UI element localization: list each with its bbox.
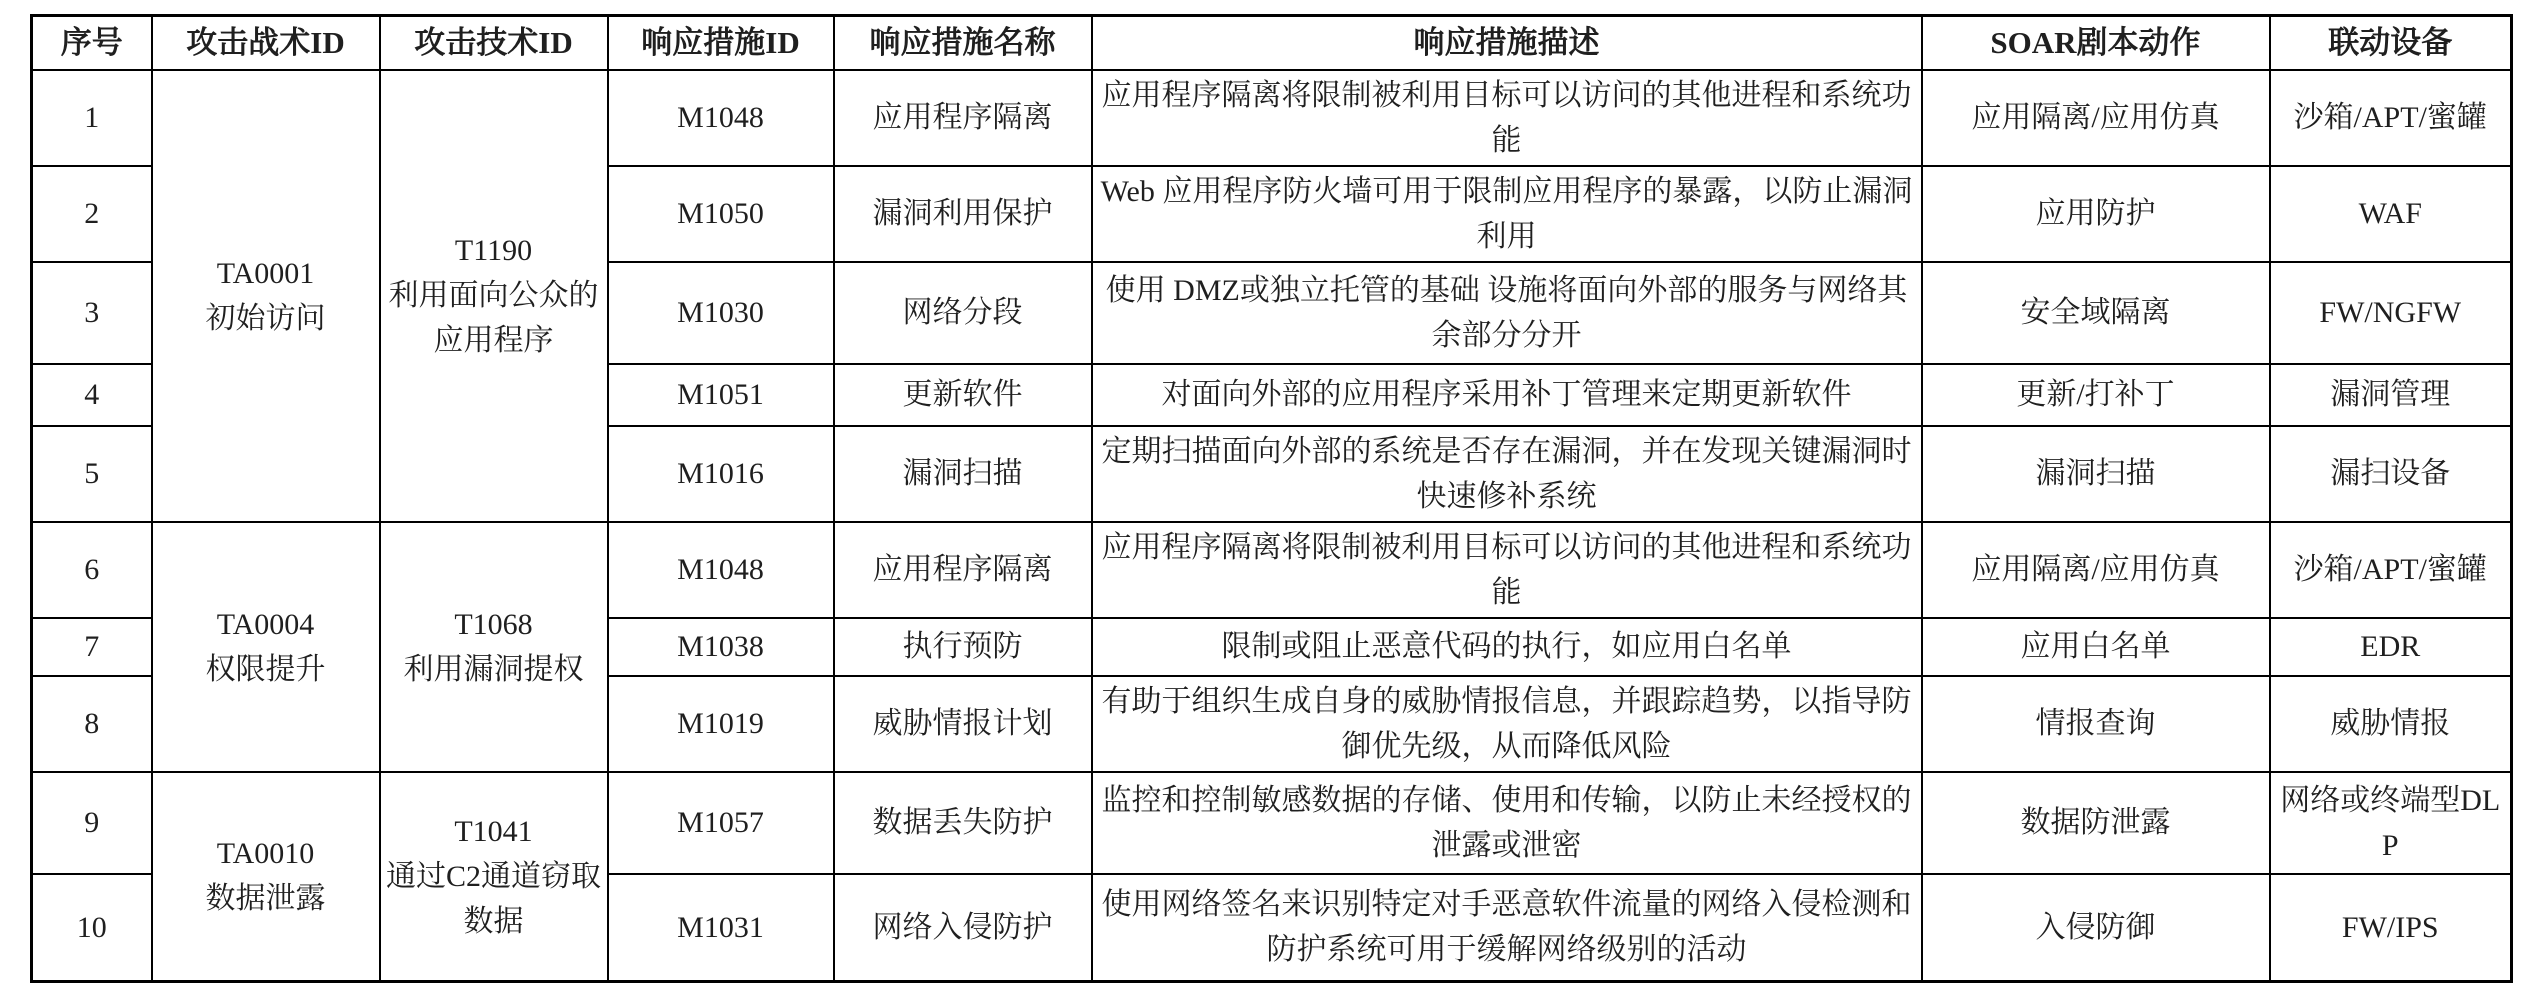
- linked-device-cell: EDR: [2270, 618, 2512, 676]
- seq-cell: 10: [32, 874, 152, 982]
- header-measure-description: 响应措施描述: [1092, 16, 1922, 70]
- seq-cell: 6: [32, 522, 152, 618]
- linked-device-cell: 沙箱/APT/蜜罐: [2270, 70, 2512, 166]
- measure-id-cell: M1031: [608, 874, 834, 982]
- measure-id-cell: M1050: [608, 166, 834, 262]
- linked-device-cell: 漏扫设备: [2270, 426, 2512, 522]
- measure-id-cell: M1019: [608, 676, 834, 772]
- linked-device-cell: FW/NGFW: [2270, 262, 2512, 364]
- header-attack-tactic-id: 攻击战术ID: [152, 16, 380, 70]
- linked-device-cell: 网络或终端型DLP: [2270, 772, 2512, 874]
- header-linked-device: 联动设备: [2270, 16, 2512, 70]
- seq-cell: 3: [32, 262, 152, 364]
- tactic-id: TA0004: [157, 602, 375, 647]
- measure-id-cell: M1048: [608, 70, 834, 166]
- description-cell: Web 应用程序防火墙可用于限制应用程序的暴露，以防止漏洞利用: [1092, 166, 1922, 262]
- linked-device-cell: 漏洞管理: [2270, 364, 2512, 426]
- measure-name-cell: 更新软件: [834, 364, 1092, 426]
- soar-action-cell: 入侵防御: [1922, 874, 2270, 982]
- technique-name: 利用面向公众的应用程序: [385, 273, 603, 363]
- seq-cell: 9: [32, 772, 152, 874]
- measure-name-cell: 执行预防: [834, 618, 1092, 676]
- measure-name-cell: 漏洞利用保护: [834, 166, 1092, 262]
- table-row: 6 TA0004 权限提升 T1068 利用漏洞提权 M1048 应用程序隔离 …: [32, 522, 2512, 618]
- description-cell: 监控和控制敏感数据的存储、使用和传输，以防止未经授权的泄露或泄密: [1092, 772, 1922, 874]
- measure-id-cell: M1038: [608, 618, 834, 676]
- technique-cell: T1041 通过C2通道窃取数据: [380, 772, 608, 982]
- technique-name: 利用漏洞提权: [385, 647, 603, 692]
- tactic-id: TA0001: [157, 251, 375, 296]
- seq-cell: 5: [32, 426, 152, 522]
- page: 序号 攻击战术ID 攻击技术ID 响应措施ID 响应措施名称 响应措施描述 SO…: [0, 0, 2540, 992]
- header-measure-id: 响应措施ID: [608, 16, 834, 70]
- soar-action-cell: 漏洞扫描: [1922, 426, 2270, 522]
- soar-action-cell: 更新/打补丁: [1922, 364, 2270, 426]
- description-cell: 应用程序隔离将限制被利用目标可以访问的其他进程和系统功能: [1092, 70, 1922, 166]
- response-measures-table: 序号 攻击战术ID 攻击技术ID 响应措施ID 响应措施名称 响应措施描述 SO…: [30, 14, 2513, 983]
- technique-id: T1041: [385, 809, 603, 854]
- tactic-name: 初始访问: [157, 296, 375, 341]
- header-soar-action: SOAR剧本动作: [1922, 16, 2270, 70]
- table-row: 9 TA0010 数据泄露 T1041 通过C2通道窃取数据 M1057 数据丢…: [32, 772, 2512, 874]
- description-cell: 应用程序隔离将限制被利用目标可以访问的其他进程和系统功能: [1092, 522, 1922, 618]
- tactic-id: TA0010: [157, 831, 375, 876]
- measure-id-cell: M1048: [608, 522, 834, 618]
- tactic-cell: TA0010 数据泄露: [152, 772, 380, 982]
- description-cell: 限制或阻止恶意代码的执行，如应用白名单: [1092, 618, 1922, 676]
- linked-device-cell: 威胁情报: [2270, 676, 2512, 772]
- linked-device-cell: WAF: [2270, 166, 2512, 262]
- seq-cell: 4: [32, 364, 152, 426]
- soar-action-cell: 应用隔离/应用仿真: [1922, 522, 2270, 618]
- technique-cell: T1068 利用漏洞提权: [380, 522, 608, 772]
- measure-id-cell: M1057: [608, 772, 834, 874]
- soar-action-cell: 应用防护: [1922, 166, 2270, 262]
- header-attack-technique-id: 攻击技术ID: [380, 16, 608, 70]
- description-cell: 有助于组织生成自身的威胁情报信息，并跟踪趋势，以指导防御优先级，从而降低风险: [1092, 676, 1922, 772]
- tactic-cell: TA0004 权限提升: [152, 522, 380, 772]
- seq-cell: 8: [32, 676, 152, 772]
- description-cell: 使用 DMZ或独立托管的基础 设施将面向外部的服务与网络其余部分分开: [1092, 262, 1922, 364]
- description-cell: 对面向外部的应用程序采用补丁管理来定期更新软件: [1092, 364, 1922, 426]
- description-cell: 使用网络签名来识别特定对手恶意软件流量的网络入侵检测和防护系统可用于缓解网络级别…: [1092, 874, 1922, 982]
- measure-name-cell: 网络分段: [834, 262, 1092, 364]
- table-row: 1 TA0001 初始访问 T1190 利用面向公众的应用程序 M1048 应用…: [32, 70, 2512, 166]
- header-row: 序号 攻击战术ID 攻击技术ID 响应措施ID 响应措施名称 响应措施描述 SO…: [32, 16, 2512, 70]
- tactic-name: 权限提升: [157, 647, 375, 692]
- header-seq: 序号: [32, 16, 152, 70]
- measure-id-cell: M1016: [608, 426, 834, 522]
- technique-id: T1190: [385, 228, 603, 273]
- measure-name-cell: 数据丢失防护: [834, 772, 1092, 874]
- measure-name-cell: 网络入侵防护: [834, 874, 1092, 982]
- measure-id-cell: M1051: [608, 364, 834, 426]
- tactic-cell: TA0001 初始访问: [152, 70, 380, 522]
- soar-action-cell: 数据防泄露: [1922, 772, 2270, 874]
- seq-cell: 2: [32, 166, 152, 262]
- linked-device-cell: 沙箱/APT/蜜罐: [2270, 522, 2512, 618]
- seq-cell: 1: [32, 70, 152, 166]
- header-measure-name: 响应措施名称: [834, 16, 1092, 70]
- measure-id-cell: M1030: [608, 262, 834, 364]
- technique-name: 通过C2通道窃取数据: [385, 854, 603, 944]
- soar-action-cell: 应用隔离/应用仿真: [1922, 70, 2270, 166]
- tactic-name: 数据泄露: [157, 876, 375, 921]
- measure-name-cell: 漏洞扫描: [834, 426, 1092, 522]
- technique-id: T1068: [385, 602, 603, 647]
- measure-name-cell: 威胁情报计划: [834, 676, 1092, 772]
- soar-action-cell: 情报查询: [1922, 676, 2270, 772]
- soar-action-cell: 应用白名单: [1922, 618, 2270, 676]
- description-cell: 定期扫描面向外部的系统是否存在漏洞，并在发现关键漏洞时快速修补系统: [1092, 426, 1922, 522]
- soar-action-cell: 安全域隔离: [1922, 262, 2270, 364]
- measure-name-cell: 应用程序隔离: [834, 70, 1092, 166]
- seq-cell: 7: [32, 618, 152, 676]
- technique-cell: T1190 利用面向公众的应用程序: [380, 70, 608, 522]
- linked-device-cell: FW/IPS: [2270, 874, 2512, 982]
- measure-name-cell: 应用程序隔离: [834, 522, 1092, 618]
